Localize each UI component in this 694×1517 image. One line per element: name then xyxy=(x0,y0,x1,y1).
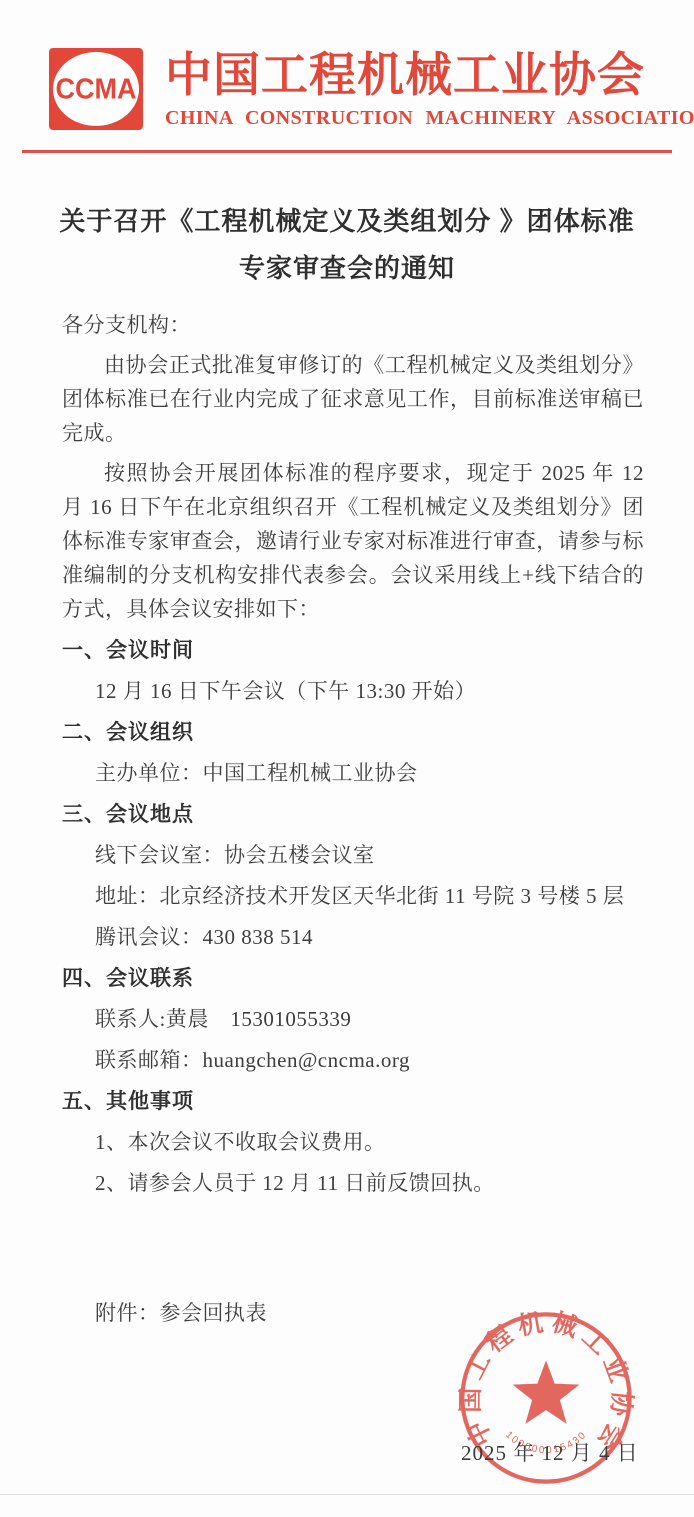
paragraph-1: 由协会正式批准复审修订的《工程机械定义及类组划分》团体标准已在行业内完成了征求意… xyxy=(62,348,644,450)
letterhead: CCMA 中国工程机械工业协会 CHINA CONSTRUCTION MACHI… xyxy=(49,48,654,130)
document-page: CCMA 中国工程机械工业协会 CHINA CONSTRUCTION MACHI… xyxy=(0,0,694,1517)
page-bottom-edge xyxy=(0,1494,694,1495)
section-heading: 三、会议地点 xyxy=(62,797,644,831)
section-line: 1、本次会议不收取会议费用。 xyxy=(62,1125,644,1159)
section-line: 主办单位：中国工程机械工业协会 xyxy=(62,756,644,790)
document-body: 各分支机构： 由协会正式批准复审修订的《工程机械定义及类组划分》团体标准已在行业… xyxy=(62,308,644,1330)
org-names: 中国工程机械工业协会 CHINA CONSTRUCTION MACHINERY … xyxy=(165,48,694,130)
document-title: 关于召开《工程机械定义及类组划分 》团体标准 专家审查会的通知 xyxy=(40,198,654,292)
section-line: 地址：北京经济技术开发区天华北街 11 号院 3 号楼 5 层 xyxy=(62,879,644,913)
star-icon xyxy=(513,1360,580,1424)
ccma-logo-circle: CCMA xyxy=(53,52,139,126)
section-heading: 二、会议组织 xyxy=(62,715,644,749)
section-heading: 五、其他事项 xyxy=(62,1084,644,1118)
issue-date: 2025 年 12 月 4 日 xyxy=(461,1437,639,1467)
org-name-chinese: 中国工程机械工业协会 xyxy=(165,48,694,104)
section-meeting-location: 三、会议地点 线下会议室：协会五楼会议室 地址：北京经济技术开发区天华北街 11… xyxy=(62,797,644,954)
paragraph-2: 按照协会开展团体标准的程序要求，现定于 2025 年 12 月 16 日下午在北… xyxy=(62,456,644,626)
section-line: 腾讯会议：430 838 514 xyxy=(62,920,644,954)
document-title-line2: 专家审查会的通知 xyxy=(239,253,455,283)
contact-person-line: 联系人:黄晨 15301055339 xyxy=(62,1002,644,1036)
section-meeting-time: 一、会议时间 12 月 16 日下午会议（下午 13:30 开始） xyxy=(62,633,644,708)
section-heading: 四、会议联系 xyxy=(62,961,644,995)
org-name-english: CHINA CONSTRUCTION MACHINERY ASSOCIATION xyxy=(165,106,694,130)
document-title-line1: 关于召开《工程机械定义及类组划分 》团体标准 xyxy=(59,206,634,236)
salutation: 各分支机构： xyxy=(62,308,644,342)
section-line: 12 月 16 日下午会议（下午 13:30 开始） xyxy=(62,674,644,708)
section-heading: 一、会议时间 xyxy=(62,633,644,667)
section-line: 2、请参会人员于 12 月 11 日前反馈回执。 xyxy=(62,1166,644,1200)
section-meeting-contact: 四、会议联系 联系人:黄晨 15301055339 联系邮箱：huangchen… xyxy=(62,961,644,1077)
section-other-matters: 五、其他事项 1、本次会议不收取会议费用。 2、请参会人员于 12 月 11 日… xyxy=(62,1084,644,1200)
ccma-logo-text: CCMA xyxy=(56,73,137,106)
contact-email-line: 联系邮箱：huangchen@cncma.org xyxy=(62,1043,644,1077)
section-meeting-organization: 二、会议组织 主办单位：中国工程机械工业协会 xyxy=(62,715,644,790)
ccma-logo: CCMA xyxy=(49,48,143,130)
letterhead-divider xyxy=(22,150,672,153)
section-line: 线下会议室：协会五楼会议室 xyxy=(62,838,644,872)
